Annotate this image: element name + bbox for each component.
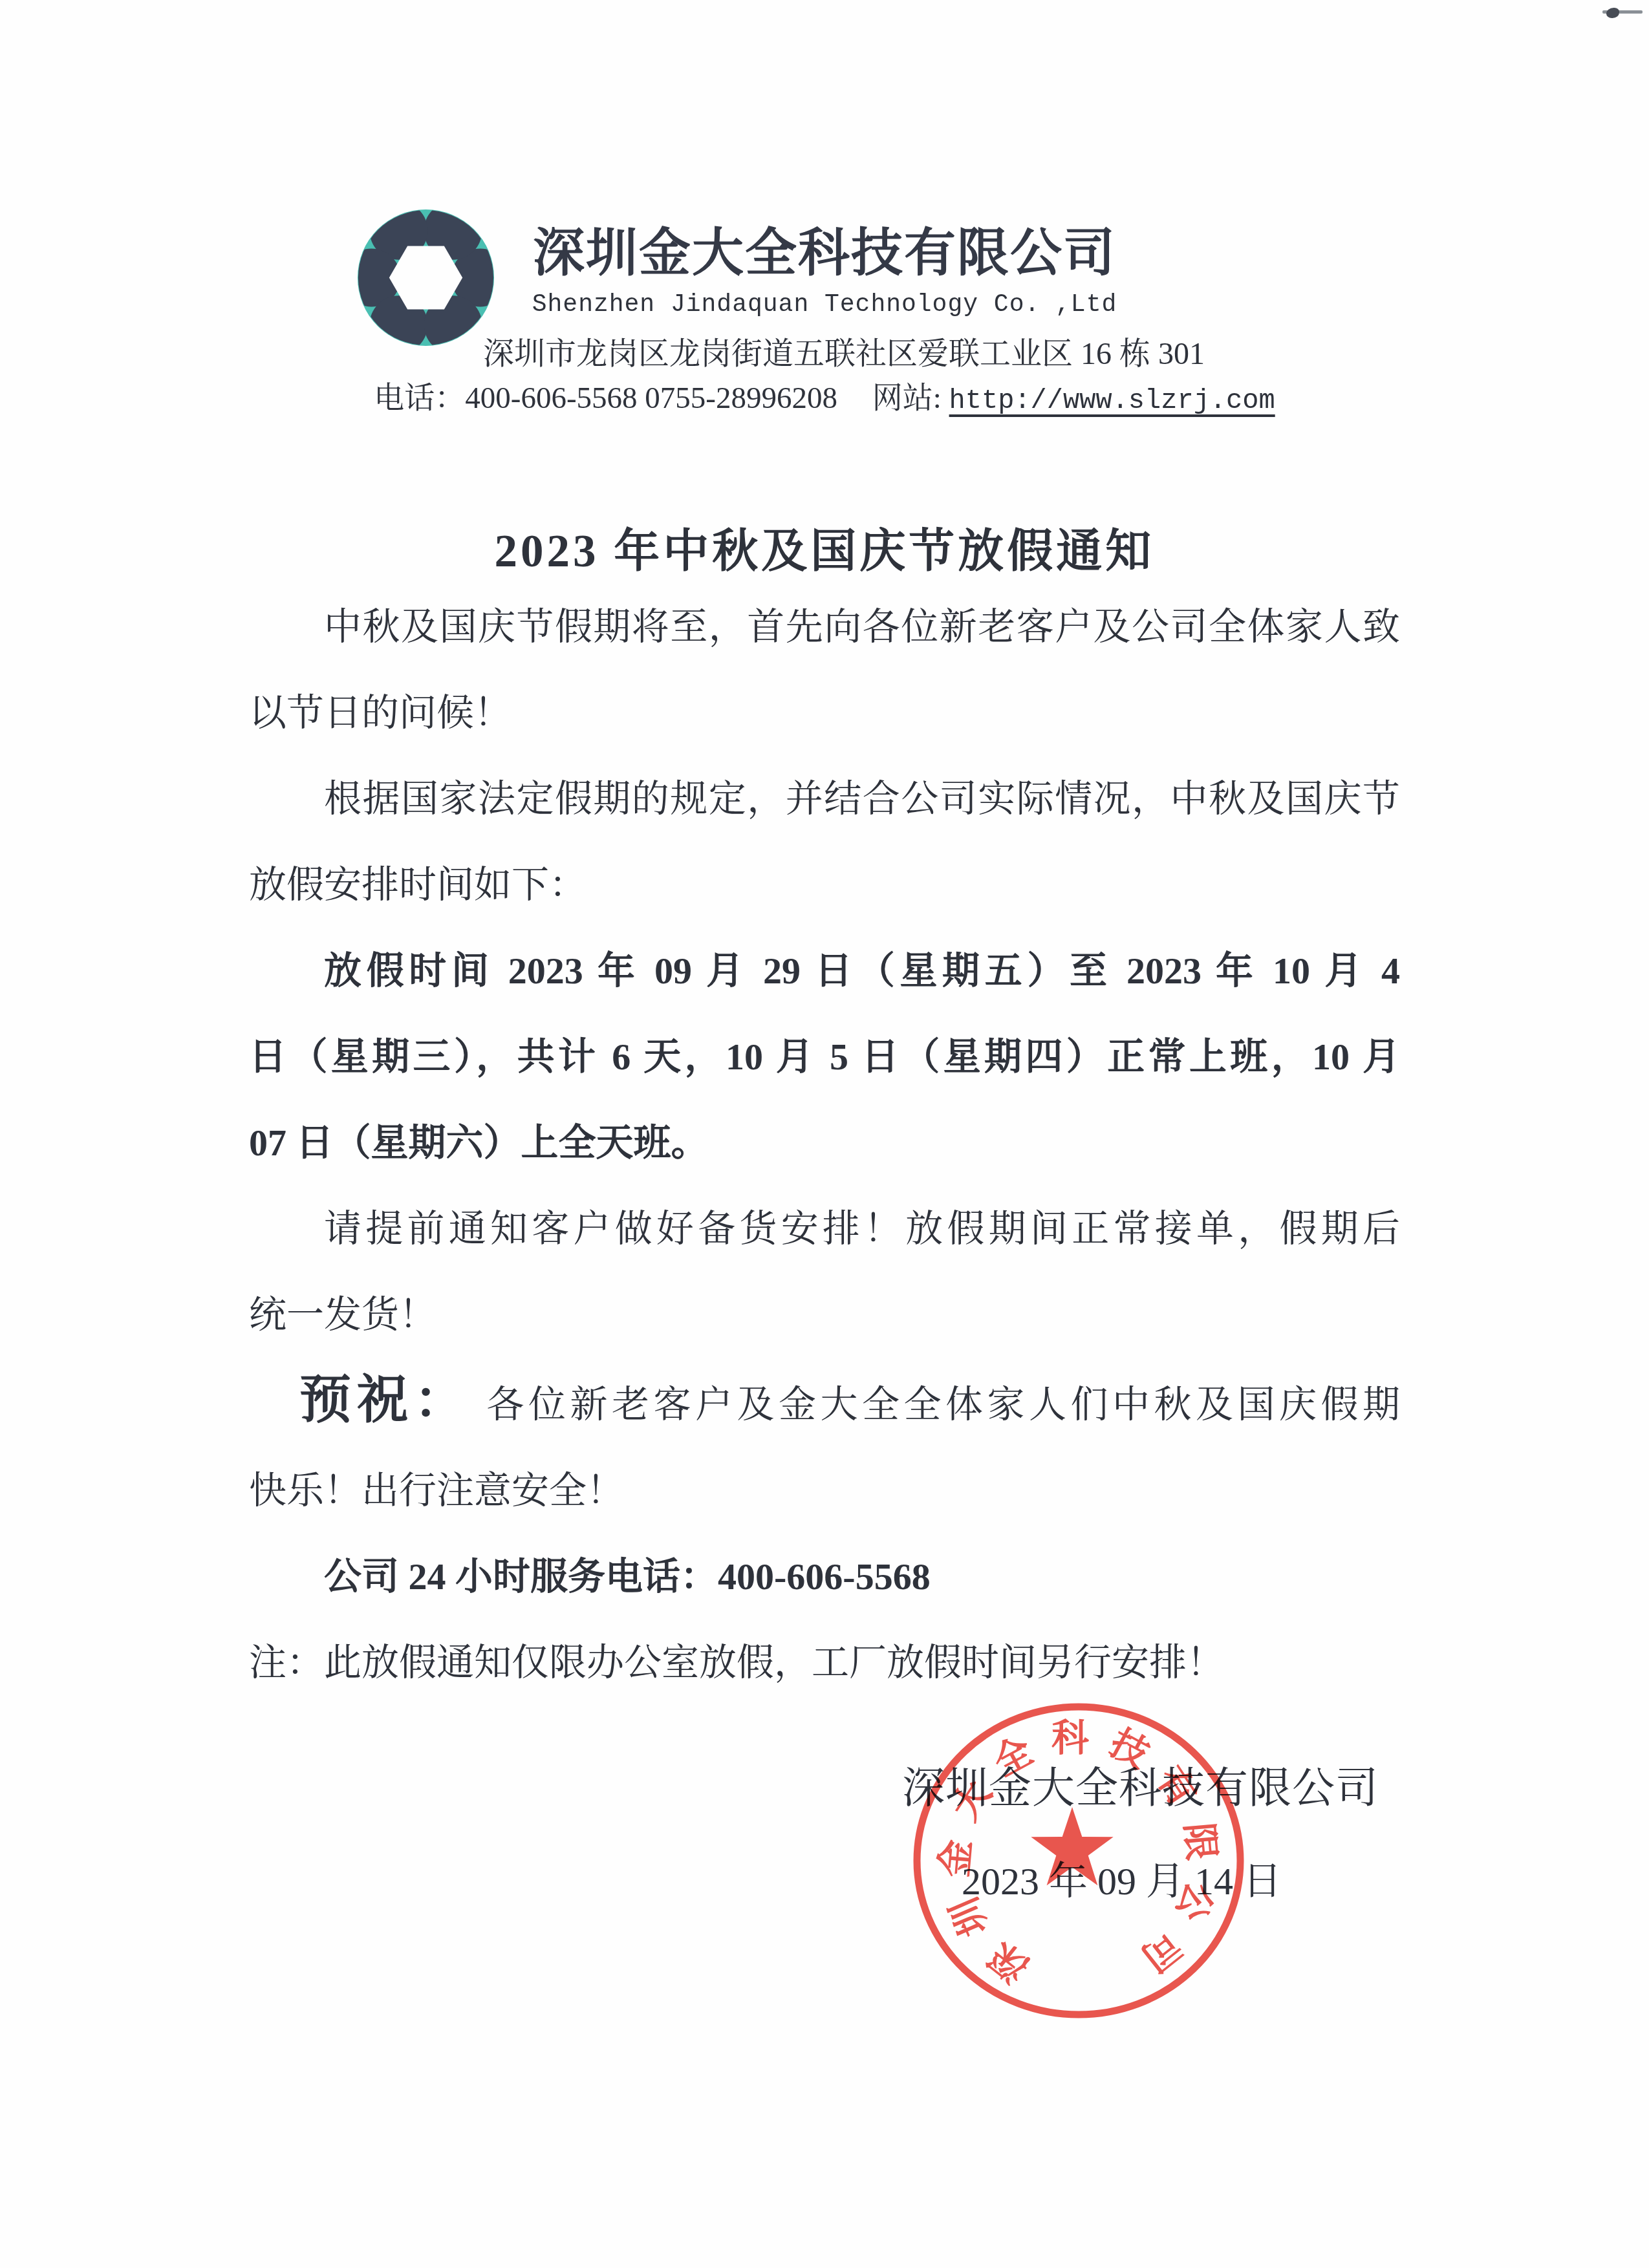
company-address: 深圳市龙岗区龙岗街道五联社区爱联工业区 16 栋 301 (39, 328, 1649, 373)
website-label: 网站: (872, 381, 942, 415)
notice-paragraph: 预祝：各位新老客户及金大全全体家人们中秋及国庆假期快乐！出行注意安全！ (249, 1358, 1400, 1534)
notice-title: 2023 年中秋及国庆节放假通知 (0, 514, 1649, 580)
notice-paragraph-line: 中秋及国庆节假期将至，首先向各位新老客户及公司全体家人致 (249, 584, 1400, 670)
company-seal: 深圳金大全科技有限公司 (911, 1703, 1247, 2018)
company-contact-line: 电话：400-606-5568 0755-28996208 网站: http:/… (0, 374, 1649, 417)
notice-paragraph: 根据国家法定假期的规定，并结合公司实际情况，中秋及国庆节放假安排时间如下： (249, 756, 1400, 928)
notice-paragraph-line: 注：此放假通知仅限办公室放假，工厂放假时间另行安排！ (249, 1620, 1400, 1706)
company-name-en: Shenzhen Jindaquan Technology Co. ,Ltd (0, 291, 1649, 319)
notice-paragraph-line: 以节日的问候！ (249, 670, 1400, 756)
paragraph-lead-text: 预祝： (249, 1372, 471, 1429)
company-name-cn: 深圳金大全科技有限公司 (0, 211, 1649, 285)
notice-paragraph: 中秋及国庆节假期将至，首先向各位新老客户及公司全体家人致以节日的问候！ (249, 584, 1400, 756)
notice-body: 中秋及国庆节假期将至，首先向各位新老客户及公司全体家人致以节日的问候！根据国家法… (249, 584, 1400, 1706)
notice-paragraph: 公司 24 小时服务电话：400-606-5568 (249, 1534, 1400, 1620)
notice-paragraph: 请提前通知客户做好备货安排！放假期间正常接单，假期后统一发货！ (249, 1186, 1400, 1358)
notice-paragraph-line: 放假安排时间如下： (249, 842, 1400, 928)
notice-paragraph-line: 公司 24 小时服务电话：400-606-5568 (249, 1534, 1400, 1620)
notice-paragraph-line: 快乐！出行注意安全！ (249, 1448, 1400, 1534)
notice-paragraph: 注：此放假通知仅限办公室放假，工厂放假时间另行安排！ (249, 1620, 1400, 1706)
seal-star-icon (1031, 1807, 1113, 1885)
notice-paragraph-line: 预祝：各位新老客户及金大全全体家人们中秋及国庆假期 (249, 1358, 1400, 1448)
phone-numbers: 电话：400-606-5568 0755-28996208 (374, 381, 837, 415)
notice-paragraph-line: 07 日（星期六）上全天班。 (249, 1100, 1400, 1186)
website-url: http://www.slzrj.com (949, 385, 1275, 416)
notice-paragraph: 放假时间 2023 年 09 月 29 日（星期五）至 2023 年 10 月 … (249, 928, 1400, 1186)
scanned-holiday-notice: 深圳金大全科技有限公司 Shenzhen Jindaquan Technolog… (0, 0, 1649, 2268)
notice-paragraph-line: 放假时间 2023 年 09 月 29 日（星期五）至 2023 年 10 月 … (249, 928, 1400, 1014)
notice-paragraph-line: 日（星期三），共计 6 天，10 月 5 日（星期四）正常上班，10 月 (249, 1014, 1400, 1100)
scan-artifact-blob (1606, 8, 1619, 18)
notice-paragraph-line: 根据国家法定假期的规定，并结合公司实际情况，中秋及国庆节 (249, 756, 1400, 842)
notice-paragraph-line: 统一发货！ (249, 1272, 1400, 1358)
notice-paragraph-line: 请提前通知客户做好备货安排！放假期间正常接单，假期后 (249, 1186, 1400, 1272)
